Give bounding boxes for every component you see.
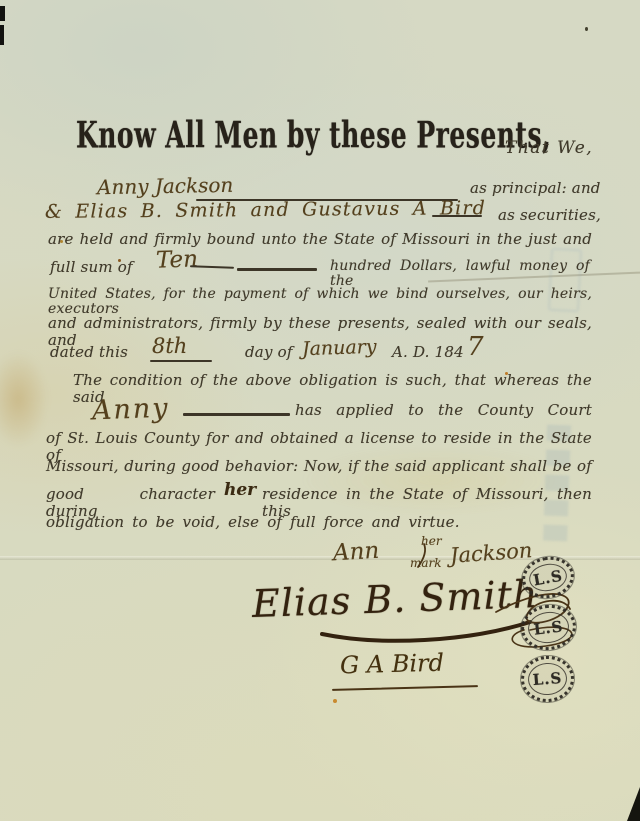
date-year-handwritten: 7	[467, 334, 484, 360]
body-line: Missouri, during good behavior: Now, if …	[46, 458, 592, 475]
document-title-script: That We,	[505, 139, 593, 158]
body-line: are held and firmly bound unto the State…	[48, 231, 592, 248]
blank-dash-rule	[237, 268, 317, 271]
body-line: dated this	[50, 344, 128, 361]
paper-speck	[585, 27, 588, 31]
securities-names-handwritten: & Elias B. Smith and Gustavus A Bird	[45, 199, 486, 222]
date-day-handwritten: 8th	[152, 336, 187, 357]
scan-edge-mark	[0, 25, 4, 45]
pronoun-handwritten: her	[224, 482, 256, 499]
scan-edge-mark	[0, 6, 5, 21]
strike-rule	[432, 215, 482, 217]
paper-stain	[0, 352, 48, 447]
scanned-bond-document: Know All Men by these Presents, That We,…	[0, 0, 640, 821]
body-line: obligation to be void, else of full forc…	[46, 514, 460, 531]
seal-ls-label: L.S	[533, 617, 565, 638]
body-line: A. D. 184	[392, 344, 464, 361]
principal-name-handwritten: Anny Jackson	[97, 175, 234, 197]
blank-dash-rule	[183, 413, 290, 416]
underline-rule	[150, 360, 212, 362]
sum-amount-handwritten: Ten	[156, 248, 199, 272]
body-line: has applied to the County Court	[295, 402, 592, 419]
date-month-handwritten: January	[302, 338, 377, 360]
body-line: full sum of	[50, 259, 133, 276]
principal-label: as principal: and	[470, 180, 601, 197]
securities-label: as securities,	[498, 207, 601, 224]
seal-ls-label: L.S	[532, 566, 564, 589]
document-title-blackletter: Know All Men by these Presents,	[76, 114, 551, 156]
scan-corner-shadow	[627, 787, 640, 821]
applicant-name-handwritten: Anny	[92, 395, 170, 425]
body-line: day of	[245, 344, 293, 361]
seal-ls-label: L.S	[532, 669, 563, 689]
